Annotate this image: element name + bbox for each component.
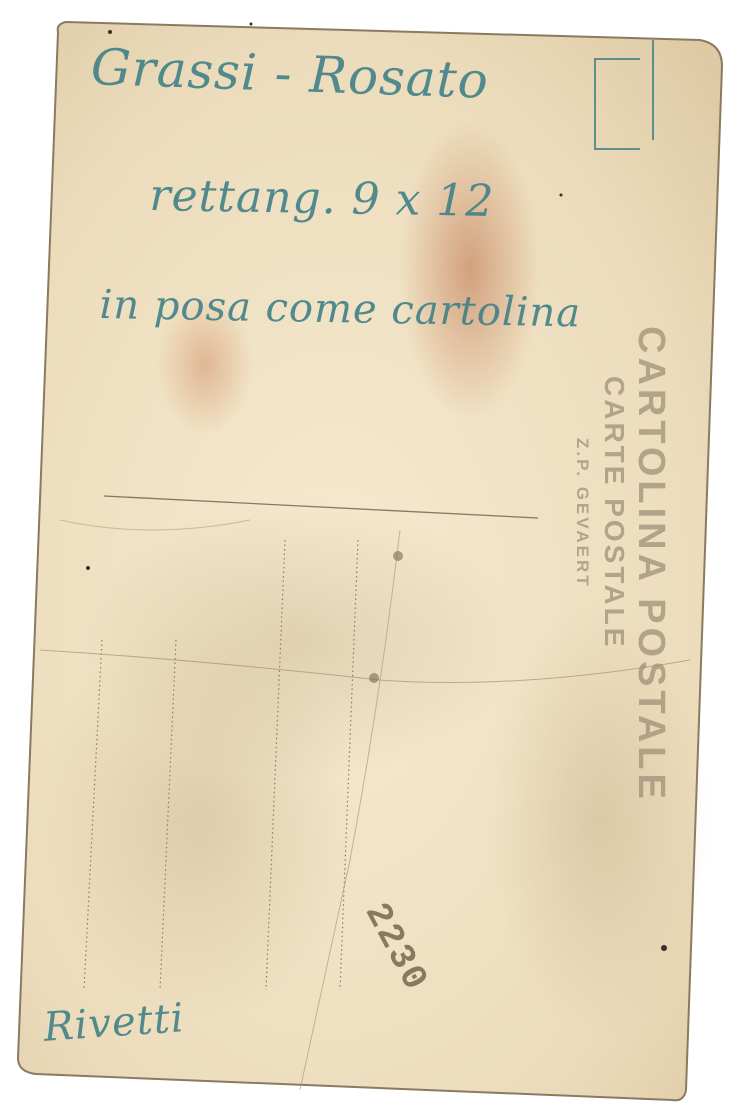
printed-heading: CARTOLINA POSTALE [629,326,672,803]
postcard-back: Grassi - Rosato rettang. 9 x 12 in posa … [0,0,754,1112]
handwritten-size-note: rettang. 9 x 12 [149,170,495,227]
printed-subheading: CARTE POSTALE [598,376,630,649]
handwritten-signature: Rivetti [42,995,186,1051]
handwritten-note: in posa come cartolina [99,282,581,336]
printed-maker: Z.P. GEVAERT [572,438,592,589]
handwritten-box-mark [594,58,640,150]
